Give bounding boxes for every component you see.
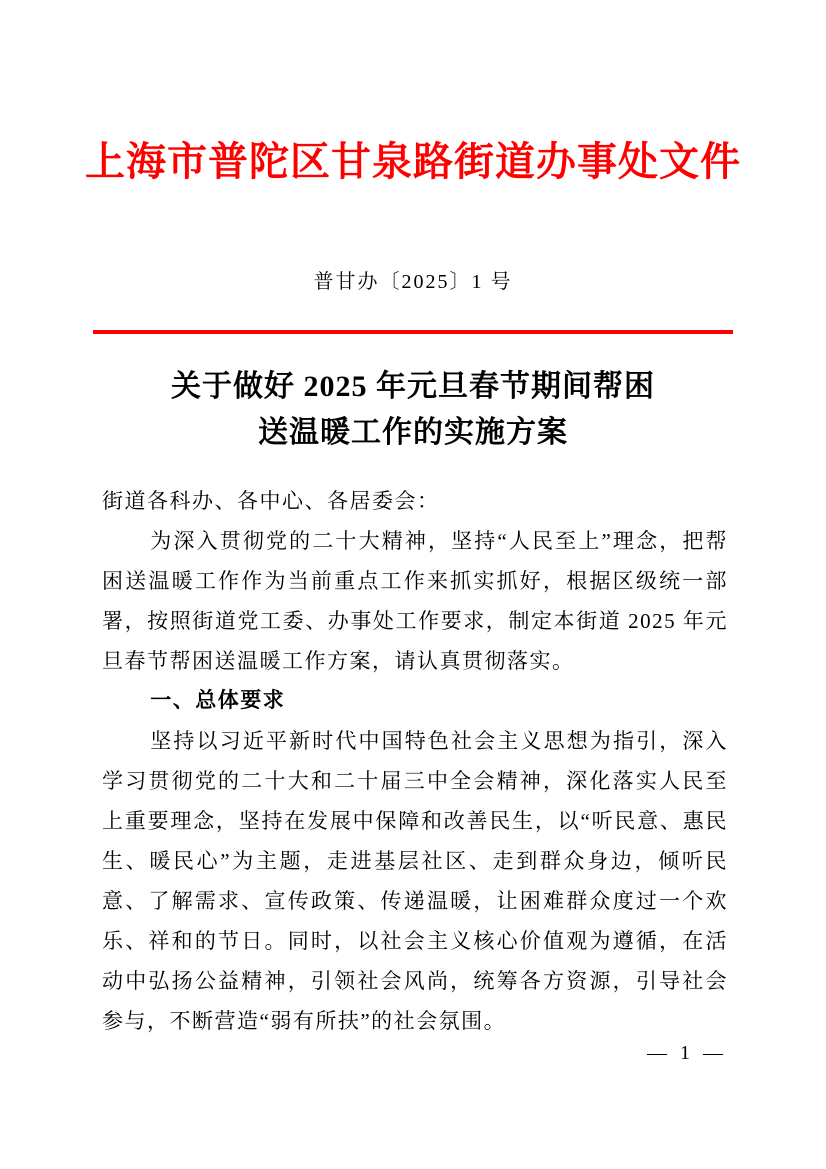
document-title-line1: 关于做好 2025 年元旦春节期间帮困	[0, 364, 826, 410]
document-page: 上海市普陀区甘泉路街道办事处文件 普甘办〔2025〕1 号 关于做好 2025 …	[0, 0, 826, 1169]
page-number: — 1 —	[647, 1042, 727, 1065]
salutation-line: 街道各科办、各中心、各居委会：	[102, 481, 728, 521]
document-number: 普甘办〔2025〕1 号	[0, 270, 826, 294]
section-heading-1: 一、总体要求	[102, 681, 728, 721]
red-letterhead-title: 上海市普陀区甘泉路街道办事处文件	[0, 138, 826, 186]
paragraph-intro: 为深入贯彻党的二十大精神，坚持“人民至上”理念，把帮困送温暖工作作为当前重点工作…	[102, 521, 728, 681]
document-title-line2: 送温暖工作的实施方案	[0, 410, 826, 456]
red-divider-line	[93, 330, 733, 334]
document-title: 关于做好 2025 年元旦春节期间帮困 送温暖工作的实施方案	[0, 364, 826, 456]
document-body: 街道各科办、各中心、各居委会： 为深入贯彻党的二十大精神，坚持“人民至上”理念，…	[102, 481, 728, 1041]
paragraph-section-1: 坚持以习近平新时代中国特色社会主义思想为指引，深入学习贯彻党的二十大和二十届三中…	[102, 721, 728, 1041]
